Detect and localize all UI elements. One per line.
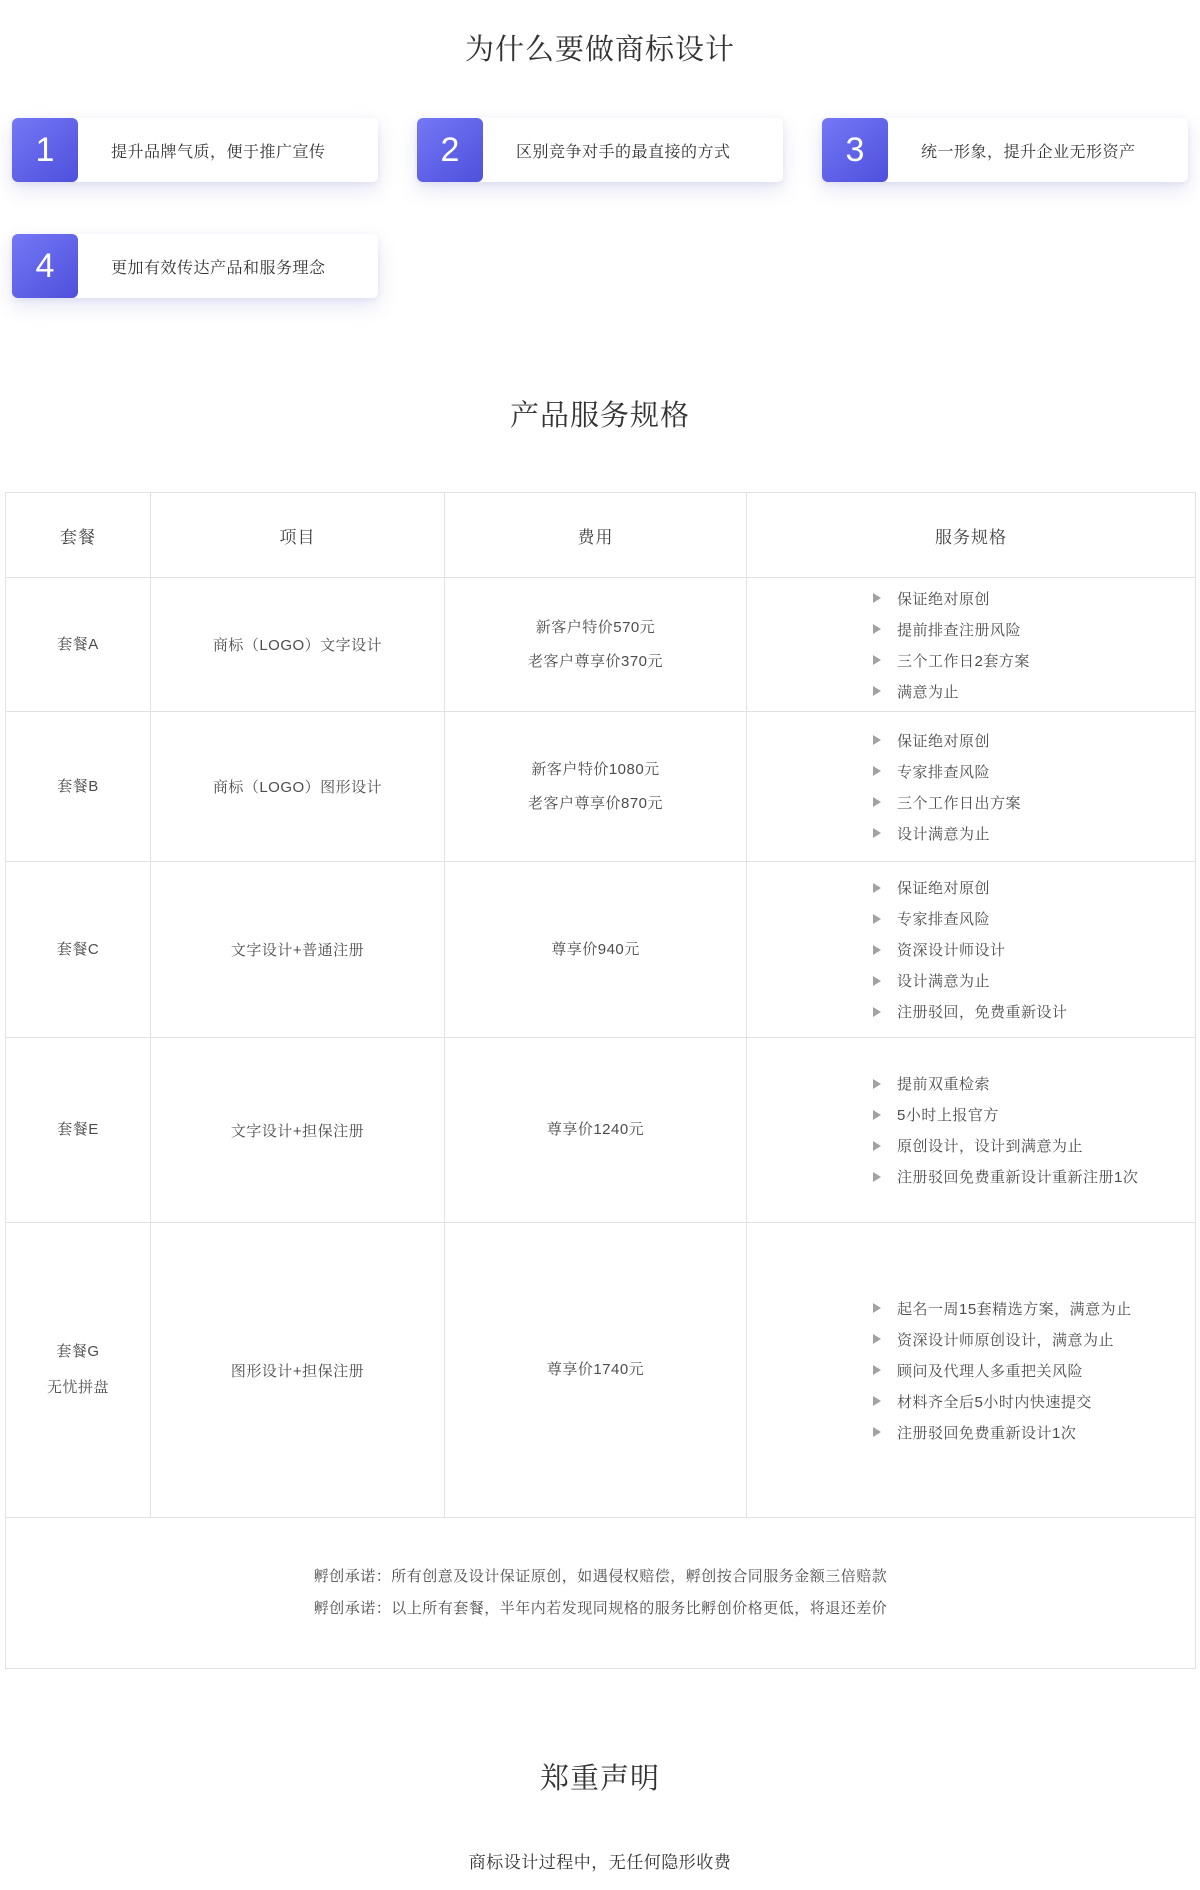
- spec-item-text: 保证绝对原创: [897, 730, 990, 751]
- bullet-triangle-icon: [873, 1141, 881, 1151]
- reason-text: 统一形象，提升企业无形资产: [888, 118, 1188, 182]
- table-row: 套餐E文字设计+担保注册尊享价1240元提前双重检索5小时上报官方原创设计，设计…: [6, 1038, 1196, 1223]
- spec-item: 材料齐全后5小时内快速提交: [873, 1386, 1195, 1417]
- spec-item-text: 5小时上报官方: [897, 1104, 999, 1125]
- bullet-triangle-icon: [873, 1007, 881, 1017]
- bullet-triangle-icon: [873, 1334, 881, 1344]
- promise-note: 孵创承诺：所有创意及设计保证原创，如遇侵权赔偿，孵创按合同服务金额三倍赔款: [6, 1561, 1195, 1593]
- spec-item: 资深设计师设计: [873, 934, 1195, 965]
- statement-title: 郑重声明: [0, 1759, 1200, 1799]
- bullet-triangle-icon: [873, 1110, 881, 1120]
- column-header: 服务规格: [747, 493, 1196, 578]
- spec-item: 满意为止: [873, 676, 1195, 707]
- reason-card-4: 4 更加有效传达产品和服务理念: [12, 234, 378, 298]
- specs-list: 保证绝对原创专家排查风险三个工作日出方案设计满意为止: [747, 725, 1195, 849]
- price-line: 尊享价1740元: [445, 1353, 746, 1387]
- package-line: 套餐C: [6, 932, 150, 968]
- bullet-triangle-icon: [873, 1396, 881, 1406]
- specs-cell: 起名一周15套精选方案，满意为止资深设计师原创设计，满意为止顾问及代理人多重把关…: [747, 1223, 1196, 1518]
- column-header: 套餐: [6, 493, 151, 578]
- specs-cell: 保证绝对原创专家排查风险三个工作日出方案设计满意为止: [747, 712, 1196, 862]
- statement-text: 商标设计过程中，无任何隐形收费: [0, 1851, 1200, 1875]
- spec-item-text: 专家排查风险: [897, 908, 990, 929]
- price-cell: 尊享价1740元: [445, 1223, 747, 1518]
- spec-item: 保证绝对原创: [873, 583, 1195, 614]
- price-line: 尊享价940元: [445, 933, 746, 967]
- table-row: 套餐G无忧拼盘图形设计+担保注册尊享价1740元起名一周15套精选方案，满意为止…: [6, 1223, 1196, 1518]
- bullet-triangle-icon: [873, 945, 881, 955]
- spec-item: 资深设计师原创设计，满意为止: [873, 1324, 1195, 1355]
- reason-card-3: 3 统一形象，提升企业无形资产: [822, 118, 1188, 182]
- package-cell: 套餐E: [6, 1038, 151, 1223]
- specs-cell: 提前双重检索5小时上报官方原创设计，设计到满意为止注册驳回免费重新设计重新注册1…: [747, 1038, 1196, 1223]
- specs-section-title: 产品服务规格: [0, 396, 1200, 436]
- spec-item: 注册驳回免费重新设计1次: [873, 1417, 1195, 1448]
- bullet-triangle-icon: [873, 976, 881, 986]
- price-line: 尊享价1240元: [445, 1113, 746, 1147]
- spec-item-text: 设计满意为止: [897, 970, 990, 991]
- spec-item: 设计满意为止: [873, 818, 1195, 849]
- project-cell: 商标（LOGO）文字设计: [151, 578, 445, 712]
- column-header: 项目: [151, 493, 445, 578]
- bullet-triangle-icon: [873, 1172, 881, 1182]
- project-cell: 文字设计+普通注册: [151, 862, 445, 1038]
- spec-item: 专家排查风险: [873, 756, 1195, 787]
- reason-number: 1: [12, 118, 78, 182]
- bullet-triangle-icon: [873, 766, 881, 776]
- header-row: 套餐项目费用服务规格: [6, 493, 1196, 578]
- spec-item-text: 材料齐全后5小时内快速提交: [897, 1391, 1092, 1412]
- spec-item: 三个工作日出方案: [873, 787, 1195, 818]
- spec-item-text: 设计满意为止: [897, 823, 990, 844]
- spec-item-text: 保证绝对原创: [897, 877, 990, 898]
- bullet-triangle-icon: [873, 1303, 881, 1313]
- specs-list: 提前双重检索5小时上报官方原创设计，设计到满意为止注册驳回免费重新设计重新注册1…: [747, 1068, 1195, 1192]
- reason-text: 提升品牌气质，便于推广宣传: [78, 118, 378, 182]
- spec-item-text: 提前双重检索: [897, 1073, 990, 1094]
- package-line: 套餐G: [6, 1334, 150, 1370]
- spec-item: 提前双重检索: [873, 1068, 1195, 1099]
- specs-table: 套餐项目费用服务规格 套餐A商标（LOGO）文字设计新客户特价570元老客户尊享…: [5, 492, 1196, 1669]
- project-cell: 文字设计+担保注册: [151, 1038, 445, 1223]
- bullet-triangle-icon: [873, 828, 881, 838]
- promise-note: 孵创承诺：以上所有套餐，半年内若发现同规格的服务比孵创价格更低，将退还差价: [6, 1593, 1195, 1625]
- bullet-triangle-icon: [873, 686, 881, 696]
- specs-cell: 保证绝对原创提前排查注册风险三个工作日2套方案满意为止: [747, 578, 1196, 712]
- reason-text: 更加有效传达产品和服务理念: [78, 234, 378, 298]
- bullet-triangle-icon: [873, 797, 881, 807]
- bullet-triangle-icon: [873, 735, 881, 745]
- notes-row: 孵创承诺：所有创意及设计保证原创，如遇侵权赔偿，孵创按合同服务金额三倍赔款孵创承…: [6, 1518, 1196, 1669]
- spec-item: 三个工作日2套方案: [873, 645, 1195, 676]
- package-line: 套餐B: [6, 769, 150, 805]
- spec-item-text: 原创设计，设计到满意为止: [897, 1135, 1083, 1156]
- reason-cards: 1 提升品牌气质，便于推广宣传 2 区别竞争对手的最直接的方式 3 统一形象，提…: [12, 118, 1188, 298]
- price-line: 老客户尊享价870元: [445, 787, 746, 821]
- reason-number: 2: [417, 118, 483, 182]
- project-cell: 图形设计+担保注册: [151, 1223, 445, 1518]
- spec-item: 起名一周15套精选方案，满意为止: [873, 1293, 1195, 1324]
- package-line: 套餐A: [6, 627, 150, 663]
- bullet-triangle-icon: [873, 655, 881, 665]
- spec-item-text: 保证绝对原创: [897, 588, 990, 609]
- table-row: 套餐A商标（LOGO）文字设计新客户特价570元老客户尊享价370元保证绝对原创…: [6, 578, 1196, 712]
- package-line: 无忧拼盘: [6, 1370, 150, 1406]
- reason-text: 区别竞争对手的最直接的方式: [483, 118, 783, 182]
- page-title: 为什么要做商标设计: [0, 30, 1200, 70]
- package-line: 套餐E: [6, 1112, 150, 1148]
- spec-item: 注册驳回，免费重新设计: [873, 996, 1195, 1027]
- price-cell: 新客户特价570元老客户尊享价370元: [445, 578, 747, 712]
- price-line: 老客户尊享价370元: [445, 645, 746, 679]
- bullet-triangle-icon: [873, 1427, 881, 1437]
- bullet-triangle-icon: [873, 624, 881, 634]
- spec-item: 设计满意为止: [873, 965, 1195, 996]
- bullet-triangle-icon: [873, 593, 881, 603]
- package-cell: 套餐B: [6, 712, 151, 862]
- specs-list: 保证绝对原创提前排查注册风险三个工作日2套方案满意为止: [747, 583, 1195, 707]
- project-cell: 商标（LOGO）图形设计: [151, 712, 445, 862]
- reason-number: 4: [12, 234, 78, 298]
- spec-item-text: 资深设计师设计: [897, 939, 1006, 960]
- spec-item: 专家排查风险: [873, 903, 1195, 934]
- specs-table-body: 套餐A商标（LOGO）文字设计新客户特价570元老客户尊享价370元保证绝对原创…: [6, 578, 1196, 1669]
- spec-item-text: 注册驳回免费重新设计1次: [897, 1422, 1076, 1443]
- bullet-triangle-icon: [873, 1079, 881, 1089]
- spec-item-text: 注册驳回免费重新设计重新注册1次: [897, 1166, 1138, 1187]
- column-header: 费用: [445, 493, 747, 578]
- table-row: 套餐C文字设计+普通注册尊享价940元保证绝对原创专家排查风险资深设计师设计设计…: [6, 862, 1196, 1038]
- bullet-triangle-icon: [873, 914, 881, 924]
- price-cell: 尊享价940元: [445, 862, 747, 1038]
- specs-table-head: 套餐项目费用服务规格: [6, 493, 1196, 578]
- specs-list: 起名一周15套精选方案，满意为止资深设计师原创设计，满意为止顾问及代理人多重把关…: [747, 1293, 1195, 1448]
- price-cell: 新客户特价1080元老客户尊享价870元: [445, 712, 747, 862]
- spec-item: 保证绝对原创: [873, 725, 1195, 756]
- spec-item-text: 顾问及代理人多重把关风险: [897, 1360, 1083, 1381]
- price-line: 新客户特价570元: [445, 611, 746, 645]
- spec-item-text: 三个工作日出方案: [897, 792, 1021, 813]
- package-cell: 套餐A: [6, 578, 151, 712]
- price-line: 新客户特价1080元: [445, 753, 746, 787]
- spec-item-text: 注册驳回，免费重新设计: [897, 1001, 1068, 1022]
- specs-list: 保证绝对原创专家排查风险资深设计师设计设计满意为止注册驳回，免费重新设计: [747, 872, 1195, 1027]
- spec-item: 保证绝对原创: [873, 872, 1195, 903]
- reason-card-2: 2 区别竞争对手的最直接的方式: [417, 118, 783, 182]
- spec-item-text: 起名一周15套精选方案，满意为止: [897, 1298, 1132, 1319]
- table-row: 套餐B商标（LOGO）图形设计新客户特价1080元老客户尊享价870元保证绝对原…: [6, 712, 1196, 862]
- spec-item-text: 提前排查注册风险: [897, 619, 1021, 640]
- spec-item: 原创设计，设计到满意为止: [873, 1130, 1195, 1161]
- spec-item-text: 资深设计师原创设计，满意为止: [897, 1329, 1114, 1350]
- spec-item-text: 满意为止: [897, 681, 959, 702]
- reason-number: 3: [822, 118, 888, 182]
- spec-item-text: 三个工作日2套方案: [897, 650, 1030, 671]
- reason-card-1: 1 提升品牌气质，便于推广宣传: [12, 118, 378, 182]
- package-cell: 套餐C: [6, 862, 151, 1038]
- bullet-triangle-icon: [873, 1365, 881, 1375]
- notes-cell: 孵创承诺：所有创意及设计保证原创，如遇侵权赔偿，孵创按合同服务金额三倍赔款孵创承…: [6, 1518, 1196, 1669]
- price-cell: 尊享价1240元: [445, 1038, 747, 1223]
- spec-item: 顾问及代理人多重把关风险: [873, 1355, 1195, 1386]
- spec-item: 5小时上报官方: [873, 1099, 1195, 1130]
- spec-item: 提前排查注册风险: [873, 614, 1195, 645]
- spec-item: 注册驳回免费重新设计重新注册1次: [873, 1161, 1195, 1192]
- package-cell: 套餐G无忧拼盘: [6, 1223, 151, 1518]
- specs-cell: 保证绝对原创专家排查风险资深设计师设计设计满意为止注册驳回，免费重新设计: [747, 862, 1196, 1038]
- spec-item-text: 专家排查风险: [897, 761, 990, 782]
- bullet-triangle-icon: [873, 883, 881, 893]
